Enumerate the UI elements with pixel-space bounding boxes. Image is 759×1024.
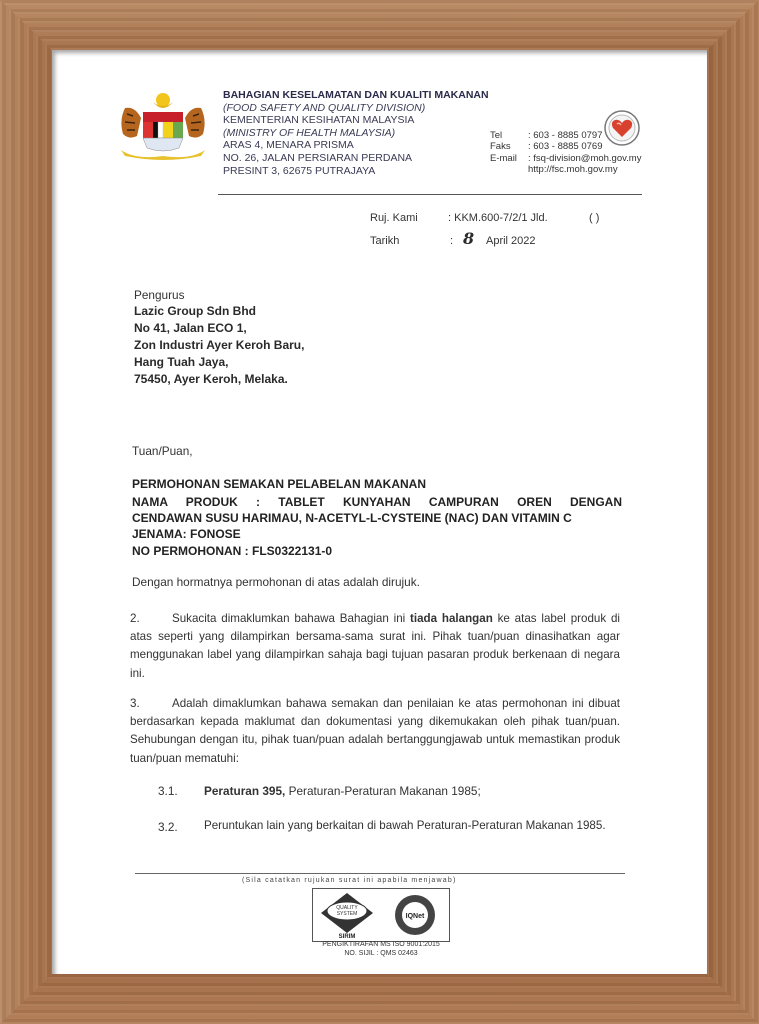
paragraph-number: 2. bbox=[130, 610, 172, 628]
date-rest: April 2022 bbox=[486, 235, 536, 247]
fax-label: Faks bbox=[490, 141, 528, 152]
paragraph-text: Sukacita dimaklumkan bahawa Bahagian ini bbox=[172, 612, 410, 625]
date-label: Tarikh bbox=[370, 235, 399, 247]
address-line-3: PRESINT 3, 62675 PUTRAJAYA bbox=[223, 165, 489, 178]
iqnet-icon: IQNet bbox=[393, 893, 437, 937]
frame-top-edge bbox=[0, 0, 759, 50]
email-label: E-mail bbox=[490, 153, 528, 164]
frame-right-edge bbox=[707, 0, 759, 1024]
date-day-handwritten: 8 bbox=[463, 229, 474, 248]
header-divider bbox=[218, 194, 642, 195]
sub-item-bold: Peraturan 395, bbox=[204, 784, 285, 798]
opening-line: Dengan hormatnya permohonan di atas adal… bbox=[132, 575, 420, 589]
subject-application-no: NO PERMOHONAN : FLS0322131-0 bbox=[132, 543, 332, 560]
fax-value: : 603 - 8885 0769 bbox=[528, 141, 602, 152]
address-line-1: ARAS 4, MENARA PRISMA bbox=[223, 139, 489, 152]
recipient-line: Hang Tuah Jaya, bbox=[134, 354, 304, 371]
subject-product-line-1: NAMA PRODUK : TABLET KUNYAHAN CAMPURAN O… bbox=[132, 494, 622, 511]
recipient-title: Pengurus bbox=[134, 288, 185, 302]
certification-logos: QUALITY SYSTEM SIRIM IQNet bbox=[312, 888, 450, 942]
sub-item-number: 3.1. bbox=[158, 784, 178, 798]
letterhead: BAHAGIAN KESELAMATAN DAN KUALITI MAKANAN… bbox=[223, 89, 489, 177]
ref-paren: ( ) bbox=[589, 212, 599, 224]
sub-item-3-1: Peraturan 395, Peraturan-Peraturan Makan… bbox=[204, 784, 481, 798]
cert-logo-2: IQNet bbox=[406, 913, 425, 920]
certification-text: PENGIKTIRAFAN MS ISO 9001:2015 bbox=[312, 941, 450, 948]
paragraph-text: Adalah dimaklumkan bahawa semakan dan pe… bbox=[130, 697, 620, 765]
paragraph-bold-text: tiada halangan bbox=[410, 612, 493, 625]
sub-item-text: Peruntukan lain yang berkaitan di bawah … bbox=[204, 819, 606, 832]
recipient-address: Lazic Group Sdn Bhd No 41, Jalan ECO 1, … bbox=[134, 303, 304, 388]
frame-bottom-edge bbox=[0, 974, 759, 1024]
sub-item-number: 3.2. bbox=[158, 820, 178, 834]
email-link[interactable]: : fsq-division@moh.gov.my bbox=[528, 153, 641, 164]
footer-divider bbox=[135, 873, 625, 874]
ref-label: Ruj. Kami bbox=[370, 212, 418, 224]
division-name-ms: BAHAGIAN KESELAMATAN DAN KUALITI MAKANAN bbox=[223, 89, 489, 102]
ministry-name-en: (MINISTRY OF HEALTH MALAYSIA) bbox=[223, 127, 489, 140]
paragraph-2: 2.Sukacita dimaklumkan bahawa Bahagian i… bbox=[130, 610, 620, 683]
recipient-line: No 41, Jalan ECO 1, bbox=[134, 320, 304, 337]
malaysia-coat-of-arms-icon bbox=[115, 90, 211, 162]
tel-label: Tel bbox=[490, 130, 528, 141]
subject-title: PERMOHONAN SEMAKAN PELABELAN MAKANAN bbox=[132, 476, 426, 493]
address-line-2: NO. 26, JALAN PERSIARAN PERDANA bbox=[223, 152, 489, 165]
sub-item-text: Peraturan-Peraturan Makanan 1985; bbox=[285, 784, 480, 798]
frame-left-edge bbox=[0, 0, 52, 1024]
ref-value: : KKM.600-7/2/1 Jld. bbox=[448, 212, 548, 224]
cert-logo-1-mid: SYSTEM bbox=[337, 911, 358, 917]
recipient-line: Zon Industri Ayer Keroh Baru, bbox=[134, 337, 304, 354]
website-link[interactable]: http://fsc.moh.gov.my bbox=[528, 164, 618, 175]
sub-item-3-2: Peruntukan lain yang berkaitan di bawah … bbox=[204, 817, 620, 835]
subject-brand: JENAMA: FONOSE bbox=[132, 526, 241, 543]
division-name-en: (FOOD SAFETY AND QUALITY DIVISION) bbox=[223, 102, 489, 115]
subject-product-line-2: CENDAWAN SUSU HARIMAU, N-ACETYL-L-CYSTEI… bbox=[132, 510, 572, 527]
cert-logo-1-bottom: SIRIM bbox=[339, 934, 356, 939]
sirim-quality-system-icon: QUALITY SYSTEM SIRIM bbox=[317, 891, 377, 939]
paragraph-3: 3.Adalah dimaklumkan bahawa semakan dan … bbox=[130, 695, 620, 768]
recipient-line: Lazic Group Sdn Bhd bbox=[134, 303, 304, 320]
date-colon: : bbox=[450, 235, 453, 247]
tel-value: : 603 - 8885 0797 bbox=[528, 130, 602, 141]
recipient-line: 75450, Ayer Keroh, Melaka. bbox=[134, 371, 304, 388]
ministry-name-ms: KEMENTERIAN KESIHATAN MALAYSIA bbox=[223, 114, 489, 127]
paragraph-number: 3. bbox=[130, 695, 172, 713]
certificate-number: NO. SIJIL : QMS 02463 bbox=[312, 950, 450, 957]
footer-note: (Sila catatkan rujukan surat ini apabila… bbox=[242, 877, 456, 884]
greeting: Tuan/Puan, bbox=[132, 444, 193, 458]
contact-block: Tel: 603 - 8885 0797 Faks: 603 - 8885 07… bbox=[490, 130, 641, 175]
